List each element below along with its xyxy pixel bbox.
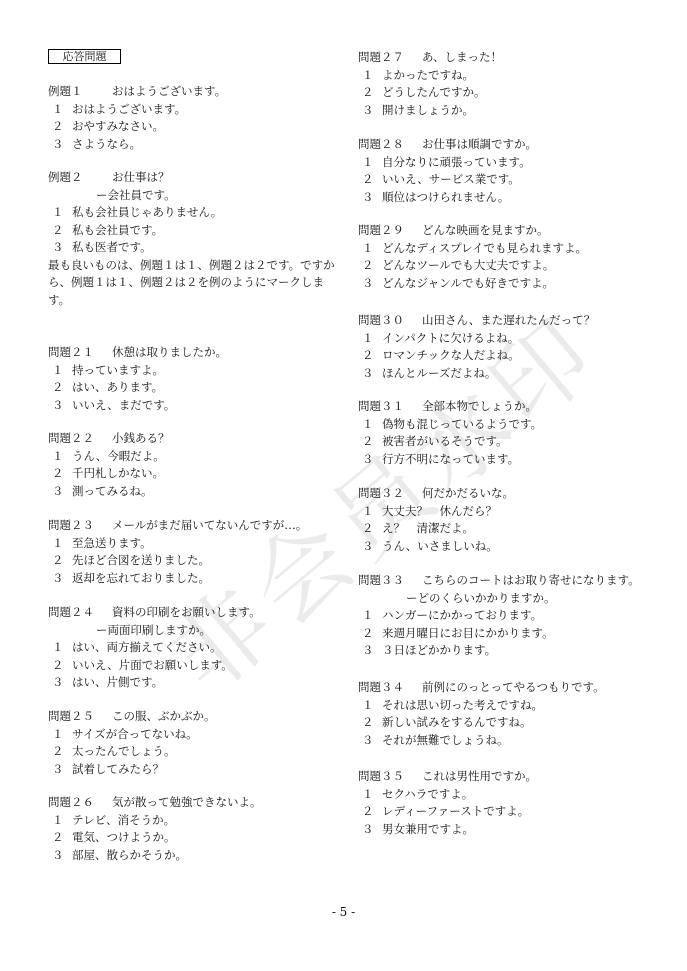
option-number: ３ — [358, 642, 382, 660]
option-number: ３ — [358, 275, 382, 293]
option-number: ３ — [48, 674, 72, 692]
option-number: ３ — [48, 570, 72, 588]
text: あ、しまった！ — [422, 50, 502, 64]
option: ２被害者がいるそうです。 — [358, 433, 542, 451]
text: 至急送ります。 — [72, 536, 152, 550]
option-number: ３ — [358, 538, 382, 556]
option: ３部屋、散らかそうか。 — [48, 847, 262, 865]
option: １私も会社員じゃありません。 — [48, 204, 338, 222]
option: ２先ほど合図を送りました。 — [48, 552, 307, 570]
option-number: ２ — [358, 347, 382, 365]
option: ３行方不明になっています。 — [358, 451, 542, 469]
option-number: １ — [358, 607, 382, 625]
option: １どんなディスプレイでも見られますよ。 — [358, 240, 587, 258]
option-number: ３ — [48, 397, 72, 415]
option: １うん、今暇だよ。 — [48, 448, 170, 466]
section-title: 応答問題 — [48, 49, 121, 64]
question-label: 問題３５ — [358, 768, 422, 786]
option-number: １ — [358, 67, 382, 85]
option-number: ２ — [358, 520, 382, 538]
text: 私も医者です。 — [72, 240, 152, 254]
text: どうしたんですか。 — [382, 85, 486, 99]
question-heading: 問題２８お仕事は順調ですか。 — [358, 136, 537, 154]
option-number: ３ — [48, 761, 72, 779]
text: テレビ、消そうか。 — [72, 813, 175, 827]
option: ３男女兼用ですよ。 — [358, 821, 537, 839]
text: こちらのコートはお取り寄せになります。 — [422, 573, 640, 587]
text: 小銭ある？ — [112, 431, 170, 445]
text: さようなら。 — [72, 137, 141, 151]
text: 太ったんでしょう。 — [72, 744, 176, 758]
text: 新しい試みをするんですね。 — [382, 715, 532, 729]
page-number: - 5 - — [0, 905, 687, 919]
option-number: １ — [48, 362, 72, 380]
question-heading: 問題２５この服、ぶかぶか。 — [48, 708, 216, 726]
question-28: 問題２８お仕事は順調ですか。 １自分なりに頑張っています。 ２いいえ、サービス業… — [358, 136, 537, 206]
question-32: 問題３２何だかだるいな。 １大丈夫？ 休んだら？ ２え？ 清潔だよ。 ３うん、い… — [358, 485, 514, 555]
question-heading: 問題３０山田さん、また遅れたんだって？ — [358, 312, 595, 330]
option: ３私も医者です。 — [48, 239, 338, 257]
option-number: １ — [358, 697, 382, 715]
question-heading: 問題２３メールがまだ届いてないんですが…。 — [48, 517, 307, 535]
option-number: １ — [358, 330, 382, 348]
text: おやすみなさい。 — [72, 119, 164, 133]
option-number: １ — [358, 503, 382, 521]
text: 順位はつけられません。 — [382, 190, 509, 204]
question-label: 問題２１ — [48, 344, 112, 362]
text: セクハラですよ。 — [382, 787, 473, 801]
option: １セクハラですよ。 — [358, 786, 537, 804]
question-label: 問題２３ — [48, 517, 112, 535]
question-heading: 問題３３こちらのコートはお取り寄せになります。 — [358, 572, 640, 590]
question-heading: 問題３１全部本物でしょうか。 — [358, 398, 542, 416]
option-number: ２ — [48, 829, 72, 847]
option-number: ２ — [48, 657, 72, 675]
option: ２おやすみなさい。 — [48, 118, 226, 136]
question-label: 問題２５ — [48, 708, 112, 726]
text: それは思い切った考えですね。 — [382, 698, 543, 712]
question-label: 問題２７ — [358, 49, 422, 67]
option: １テレビ、消そうか。 — [48, 812, 262, 830]
question-heading: 問題２６気が散って勉強できないよ。 — [48, 794, 262, 812]
option-number: ３ — [358, 732, 382, 750]
option: ２ロマンチックな人だよね。 — [358, 347, 595, 365]
text: うん、いさましいね。 — [382, 539, 498, 553]
option: １はい、両方揃えてください。 — [48, 639, 261, 657]
question-25: 問題２５この服、ぶかぶか。 １サイズが合ってないね。 ２太ったんでしょう。 ３試… — [48, 708, 216, 778]
option-number: ３ — [358, 451, 382, 469]
option: ３それが無難でしょうね。 — [358, 732, 605, 750]
question-heading: 問題３２何だかだるいな。 — [358, 485, 514, 503]
option: ２新しい試みをするんですね。 — [358, 714, 605, 732]
option-number: ２ — [358, 171, 382, 189]
question-34: 問題３４前例にのっとってやるつもりです。 １それは思い切った考えですね。 ２新し… — [358, 679, 605, 749]
instruction-text: 最も良いものは、例題１は１、例題２は２です。ですから、例題１は１、例題２は２を例… — [48, 257, 338, 310]
question-21: 問題２１休憩は取りましたか。 １持っていますよ。 ２はい、あります。 ３いいえ、… — [48, 344, 227, 414]
option: １大丈夫？ 休んだら？ — [358, 503, 514, 521]
option: ２太ったんでしょう。 — [48, 743, 216, 761]
question-31: 問題３１全部本物でしょうか。 １偽物も混じっているようです。 ２被害者がいるそう… — [358, 398, 542, 468]
option: ３３日ほどかかります。 — [358, 642, 640, 660]
option: ２え？ 清潔だよ。 — [358, 520, 514, 538]
option: ３ほんとルーズだよね。 — [358, 365, 595, 383]
question-label: 例題１ — [48, 83, 112, 101]
option: ２どうしたんですか。 — [358, 84, 502, 102]
text: どんな映画を見ますか。 — [422, 223, 549, 237]
option-number: １ — [358, 154, 382, 172]
question-label: 問題２６ — [48, 794, 112, 812]
text: 休憩は取りましたか。 — [112, 345, 227, 359]
text: 偽物も混じっているようです。 — [382, 417, 542, 431]
option-number: ２ — [358, 257, 382, 275]
option: ２どんなツールでも大丈夫ですよ。 — [358, 257, 587, 275]
text: この服、ぶかぶか。 — [112, 709, 216, 723]
example-heading: 例題１おはようございます。 — [48, 83, 226, 101]
text: ロマンチックな人だよね。 — [382, 348, 520, 362]
question-label: 問題２２ — [48, 430, 112, 448]
document-page: 非会员水印 応答問題 例題１おはようございます。 １おはようございます。 ２おや… — [0, 0, 687, 971]
question-heading: 問題２２小銭ある？ — [48, 430, 170, 448]
question-followup: ーどのくらいかかりますか。 — [358, 590, 640, 608]
option-number: １ — [358, 786, 382, 804]
option-number: １ — [358, 416, 382, 434]
question-23: 問題２３メールがまだ届いてないんですが…。 １至急送ります。 ２先ほど合図を送り… — [48, 517, 307, 587]
text: 男女兼用ですよ。 — [382, 822, 474, 836]
text: 測ってみるね。 — [72, 484, 153, 498]
option: ２いいえ、サービス業です。 — [358, 171, 537, 189]
option: １偽物も混じっているようです。 — [358, 416, 542, 434]
text: 試着してみたら？ — [72, 762, 164, 776]
question-35: 問題３５これは男性用ですか。 １セクハラですよ。 ２レディーファーストですよ。 … — [358, 768, 537, 838]
question-heading: 問題２４資料の印刷をお願いします。 — [48, 604, 261, 622]
text: 部屋、散らかそうか。 — [72, 848, 187, 862]
text: 私も会社員じゃありません。 — [72, 205, 222, 219]
text: 全部本物でしょうか。 — [422, 399, 537, 413]
example-followup: ー会社員です。 — [48, 187, 338, 205]
option: １よかったですね。 — [358, 67, 502, 85]
text: それが無難でしょうね。 — [382, 733, 509, 747]
option-number: ３ — [358, 365, 382, 383]
option-number: ２ — [358, 803, 382, 821]
question-label: 問題３１ — [358, 398, 422, 416]
text: 返却を忘れておりました。 — [72, 571, 210, 585]
option: ２いいえ、片面でお願いします。 — [48, 657, 261, 675]
option-number: ２ — [358, 625, 382, 643]
option: １サイズが合ってないね。 — [48, 726, 216, 744]
option-number: １ — [48, 639, 72, 657]
option-number: ３ — [358, 102, 382, 120]
text: お仕事は？ — [112, 170, 170, 184]
question-label: 問題３０ — [358, 312, 422, 330]
question-label: 問題３２ — [358, 485, 422, 503]
example-heading: 例題２お仕事は？ — [48, 169, 338, 187]
option: ２電気、つけようか。 — [48, 829, 262, 847]
text: はい、あります。 — [72, 380, 163, 394]
text: 前例にのっとってやるつもりです。 — [422, 680, 605, 694]
question-label: 問題２９ — [358, 222, 422, 240]
text: いいえ、サービス業です。 — [382, 172, 520, 186]
option-number: １ — [48, 101, 72, 119]
text: いいえ、片面でお願いします。 — [72, 658, 233, 672]
option-number: ２ — [48, 743, 72, 761]
option: ２はい、あります。 — [48, 379, 227, 397]
option-number: １ — [48, 204, 72, 222]
text: ３日ほどかかります。 — [382, 643, 496, 657]
question-heading: 問題２１休憩は取りましたか。 — [48, 344, 227, 362]
example-2: 例題２お仕事は？ ー会社員です。 １私も会社員じゃありません。 ２私も会社員です… — [48, 169, 338, 309]
text: お仕事は順調ですか。 — [422, 137, 537, 151]
option-number: １ — [48, 812, 72, 830]
example-1: 例題１おはようございます。 １おはようございます。 ２おやすみなさい。 ３さよう… — [48, 83, 226, 153]
option-number: ３ — [358, 821, 382, 839]
text: 開けましょうか。 — [382, 103, 474, 117]
text: 私も会社員です。 — [72, 223, 163, 237]
text: ハンガーにかかっております。 — [382, 608, 542, 622]
question-heading: 問題２７あ、しまった！ — [358, 49, 502, 67]
option-number: １ — [48, 535, 72, 553]
option-number: ２ — [48, 222, 72, 240]
text: 資料の印刷をお願いします。 — [112, 605, 261, 619]
text: 気が散って勉強できないよ。 — [112, 795, 262, 809]
text: おはようございます。 — [112, 84, 226, 98]
option-number: ２ — [358, 714, 382, 732]
option-number: ３ — [48, 847, 72, 865]
question-label: 問題３４ — [358, 679, 422, 697]
question-heading: 問題３５これは男性用ですか。 — [358, 768, 537, 786]
question-label: 問題２８ — [358, 136, 422, 154]
option: ３順位はつけられません。 — [358, 189, 537, 207]
text: 行方不明になっています。 — [382, 452, 519, 466]
text: よかったですね。 — [382, 68, 474, 82]
option: １おはようございます。 — [48, 101, 226, 119]
text: うん、今暇だよ。 — [72, 449, 165, 463]
text: え？ 清潔だよ。 — [382, 521, 474, 535]
option: ３試着してみたら？ — [48, 761, 216, 779]
option: １ハンガーにかかっております。 — [358, 607, 640, 625]
text: 電気、つけようか。 — [72, 830, 176, 844]
option: ３うん、いさましいね。 — [358, 538, 514, 556]
option: １インパクトに欠けるよね。 — [358, 330, 595, 348]
text: 自分なりに頑張っています。 — [382, 155, 531, 169]
text: 何だかだるいな。 — [422, 486, 514, 500]
text: メールがまだ届いてないんですが…。 — [112, 518, 307, 532]
option: ２レディーファーストですよ。 — [358, 803, 537, 821]
question-heading: 問題２９どんな映画を見ますか。 — [358, 222, 587, 240]
question-33: 問題３３こちらのコートはお取り寄せになります。 ーどのくらいかかりますか。 １ハ… — [358, 572, 640, 660]
option-number: ２ — [48, 379, 72, 397]
text: 被害者がいるそうです。 — [382, 434, 508, 448]
option-number: １ — [48, 448, 72, 466]
option: ３開けましょうか。 — [358, 102, 502, 120]
text: 山田さん、また遅れたんだって？ — [422, 313, 595, 327]
text: 来週月曜日にお目にかかります。 — [382, 626, 554, 640]
question-26: 問題２６気が散って勉強できないよ。 １テレビ、消そうか。 ２電気、つけようか。 … — [48, 794, 262, 864]
text: レディーファーストですよ。 — [382, 804, 529, 818]
option-number: １ — [48, 726, 72, 744]
option: ３いいえ、まだです。 — [48, 397, 227, 415]
option: ３さようなら。 — [48, 136, 226, 154]
question-label: 問題３３ — [358, 572, 422, 590]
text: サイズが合ってないね。 — [72, 727, 198, 741]
option: ２私も会社員です。 — [48, 222, 338, 240]
option: ３どんなジャンルでも好きですよ。 — [358, 275, 587, 293]
option-number: ２ — [358, 433, 382, 451]
option: ２千円札しかない。 — [48, 465, 170, 483]
question-followup: ー両面印刷しますか。 — [48, 622, 261, 640]
text: 先ほど合図を送りました。 — [72, 553, 210, 567]
text: これは男性用ですか。 — [422, 769, 537, 783]
option-number: ３ — [48, 239, 72, 257]
question-29: 問題２９どんな映画を見ますか。 １どんなディスプレイでも見られますよ。 ２どんな… — [358, 222, 587, 292]
question-label: 問題２４ — [48, 604, 112, 622]
option: ２来週月曜日にお目にかかります。 — [358, 625, 640, 643]
option: １自分なりに頑張っています。 — [358, 154, 537, 172]
question-heading: 問題３４前例にのっとってやるつもりです。 — [358, 679, 605, 697]
option-number: ３ — [48, 136, 72, 154]
text: いいえ、まだです。 — [72, 398, 175, 412]
question-30: 問題３０山田さん、また遅れたんだって？ １インパクトに欠けるよね。 ２ロマンチッ… — [358, 312, 595, 382]
option-number: ３ — [48, 483, 72, 501]
text: どんなジャンルでも好きですよ。 — [382, 276, 554, 290]
option: ３測ってみるね。 — [48, 483, 170, 501]
option-number: ２ — [48, 465, 72, 483]
option-number: ３ — [358, 189, 382, 207]
text: どんなディスプレイでも見られますよ。 — [382, 241, 587, 255]
option: ３はい、片側です。 — [48, 674, 261, 692]
text: 大丈夫？ 休んだら？ — [382, 504, 497, 518]
text: どんなツールでも大丈夫ですよ。 — [382, 258, 554, 272]
question-27: 問題２７あ、しまった！ １よかったですね。 ２どうしたんですか。 ３開けましょう… — [358, 49, 502, 119]
option: １至急送ります。 — [48, 535, 307, 553]
option-number: ２ — [48, 118, 72, 136]
text: インパクトに欠けるよね。 — [382, 331, 519, 345]
text: ほんとルーズだよね。 — [382, 366, 496, 380]
question-22: 問題２２小銭ある？ １うん、今暇だよ。 ２千円札しかない。 ３測ってみるね。 — [48, 430, 170, 500]
option-number: ２ — [358, 84, 382, 102]
text: おはようございます。 — [72, 102, 186, 116]
text: はい、両方揃えてください。 — [72, 640, 222, 654]
option-number: １ — [358, 240, 382, 258]
text: 持っていますよ。 — [72, 363, 164, 377]
text: はい、片側です。 — [72, 675, 163, 689]
option: １持っていますよ。 — [48, 362, 227, 380]
option-number: ２ — [48, 552, 72, 570]
option: １それは思い切った考えですね。 — [358, 697, 605, 715]
option: ３返却を忘れておりました。 — [48, 570, 307, 588]
text: 千円札しかない。 — [72, 466, 164, 480]
question-label: 例題２ — [48, 169, 112, 187]
question-24: 問題２４資料の印刷をお願いします。 ー両面印刷しますか。 １はい、両方揃えてくだ… — [48, 604, 261, 692]
